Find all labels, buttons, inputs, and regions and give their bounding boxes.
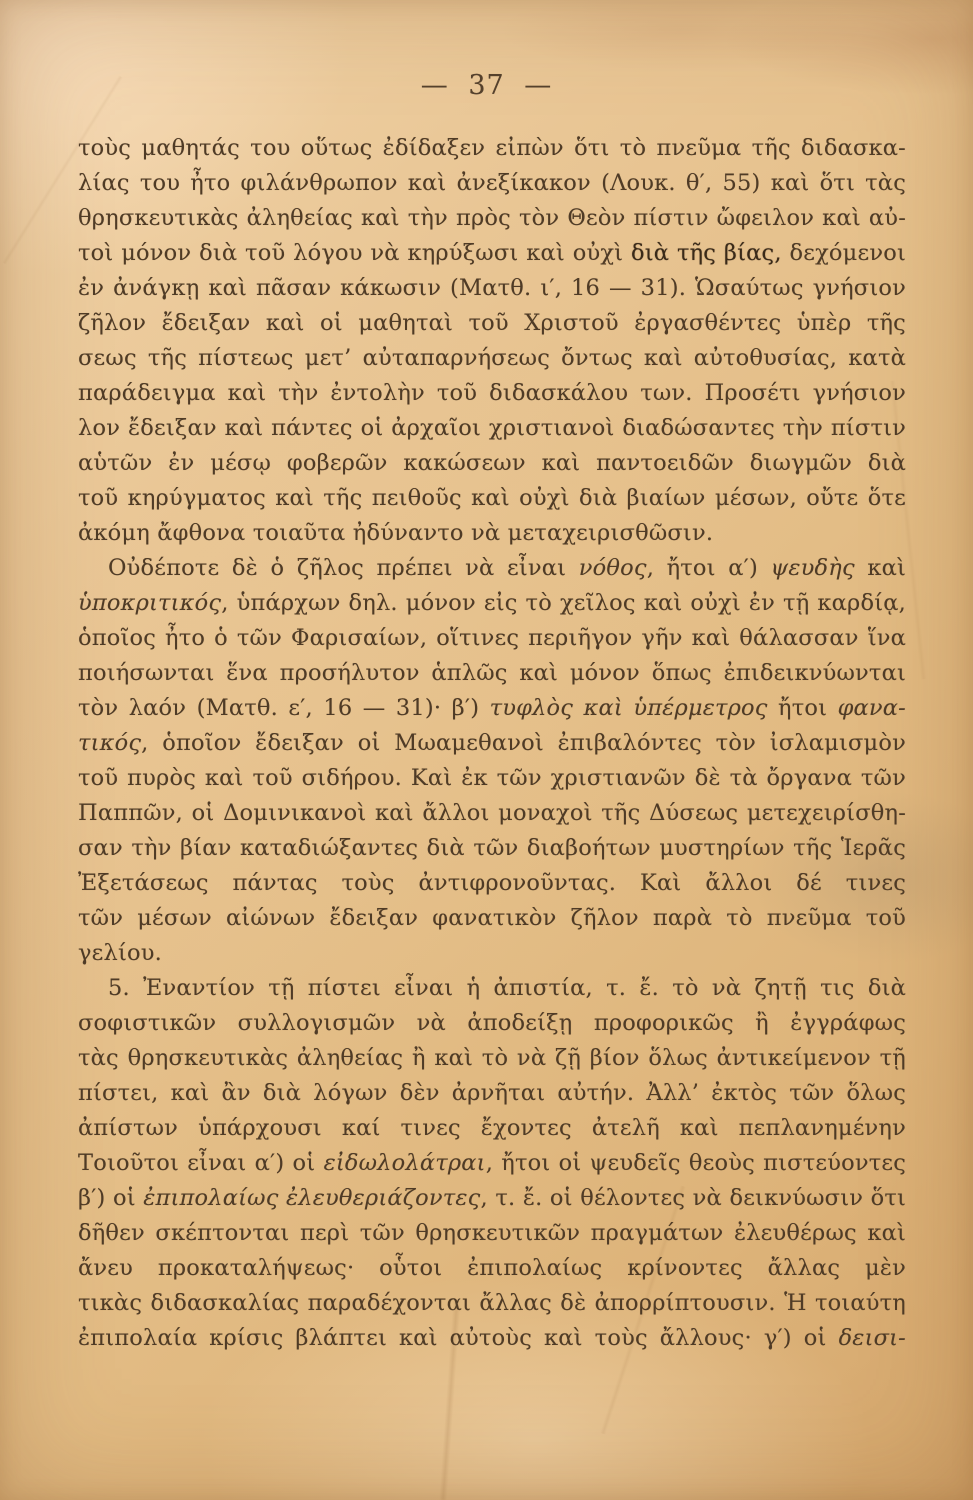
text-line: σεως τῆς πίστεως μετ’ αὐταπαρνήσεως ὄντω… [78,341,906,376]
text-line: ἀκόμη ἄφθονα τοιαῦτα ἠδύναντο νὰ μεταχει… [78,516,906,551]
text-line: τοῦ πυρὸς καὶ τοῦ σιδήρου. Καὶ ἐκ τῶν χρ… [78,761,906,796]
text-line: Ἐξετάσεως πάντας τοὺς ἀντιφρονοῦντας. Κα… [78,866,906,901]
text-segment: τὰς θρησκευτικὰς ἀληθείας ἢ καὶ τὸ νὰ ζῇ… [78,1045,906,1071]
text-segment: σεως τῆς πίστεως μετ’ αὐταπαρνήσεως ὄντω… [78,345,906,376]
emphasized-text: τυφλὸς καὶ ὑπέρμετρος [490,695,768,721]
text-line: σοφιστικῶν συλλογισμῶν νὰ ἀποδείξῃ προφο… [78,1006,906,1041]
text-line: τοὶ μόνον διὰ τοῦ λόγου νὰ κηρύξωσι καὶ … [78,236,906,271]
text-segment: τοὶ μόνον διὰ τοῦ λόγου νὰ κηρύξωσι καὶ … [78,240,631,266]
text-segment: 5. Ἐναντίον τῇ πίστει εἶναι ἡ ἀπιστία, τ… [108,975,906,1001]
text-segment: γελίου. [78,940,162,966]
emphasized-text: τικός [78,730,141,756]
text-line: Παππῶν, οἱ Δομινικανοὶ καὶ ἄλλοι μοναχοὶ… [78,796,906,831]
emphasized-text: ψευδὴς [771,555,855,581]
text-line: Τοιοῦτοι εἶναι α′) οἱ εἰδωλολάτραι, ἤτοι… [78,1146,906,1181]
text-line: τὰς θρησκευτικὰς ἀληθείας ἢ καὶ τὸ νὰ ζῇ… [78,1041,906,1076]
text-segment: καὶ [855,555,906,581]
text-line: ἄνευ προκαταλήψεως· οὗτοι ἐπιπολαίως κρί… [78,1251,906,1286]
text-segment: Ἐξετάσεως πάντας τοὺς ἀντιφρονοῦντας. Κα… [78,870,906,896]
text-segment: ζῆλον ἔδειξαν καὶ οἱ μαθηταὶ τοῦ Χριστοῦ… [78,310,906,341]
text-segment: διὰ τῆς βίας, [631,240,782,266]
text-line: τικός, ὁποῖον ἔδειξαν οἱ Μωαμεθανοὶ ἐπιβ… [78,726,906,761]
text-segment: τὸν λαόν (Ματθ. ε′, 16 — 31)· β′) [78,695,490,721]
text-segment: θρησκευτικὰς ἀληθείας καὶ τὴν πρὸς τὸν Θ… [78,205,906,231]
text-line: λίας του ἦτο φιλάνθρωπον καὶ ἀνεξίκακον … [78,166,906,201]
text-line: 5. Ἐναντίον τῇ πίστει εἶναι ἡ ἀπιστία, τ… [78,971,906,1006]
page-number: — 37 — [0,70,973,101]
emphasized-text: δεισι- [839,1325,906,1351]
text-segment: ἀπίστων ὑπάρχουσι καί τινες ἔχοντες ἀτελ… [78,1115,906,1146]
text-segment: πίστει, καὶ ἂν διὰ λόγων δὲν ἀρνῆται αὐτ… [78,1080,906,1106]
text-segment: , ὑπάρχων δηλ. μόνον εἰς τὸ χεῖλος καὶ ο… [221,590,906,616]
text-segment: , ἤτοι οἱ ψευδεῖς θεοὺς πιστεύοντες [486,1150,906,1176]
text-line: τοῦ κηρύγματος καὶ τῆς πειθοῦς καὶ οὐχὶ … [78,481,906,516]
text-line: τὸν λαόν (Ματθ. ε′, 16 — 31)· β′) τυφλὸς… [78,691,906,726]
text-segment: τοῦ κηρύγματος καὶ τῆς πειθοῦς καὶ οὐχὶ … [78,485,906,511]
text-segment: ἐπιπολαία κρίσις βλάπτει καὶ αὐτοὺς καὶ … [78,1325,839,1351]
text-line: ἐπιπολαία κρίσις βλάπτει καὶ αὐτοὺς καὶ … [78,1321,906,1356]
text-segment: ἄνευ προκαταλήψεως· οὗτοι ἐπιπολαίως κρί… [78,1255,906,1286]
emphasized-text: ἐπιπολαίως ἐλευθεριάζοντες [143,1185,480,1211]
text-segment: , ἤτοι α′) [647,555,771,581]
text-line: λον ἔδειξαν καὶ πάντες οἱ ἀρχαῖοι χριστι… [78,411,906,446]
text-segment: τοῦ πυρὸς καὶ τοῦ σιδήρου. Καὶ ἐκ τῶν χρ… [78,765,906,791]
text-line: ποιήσωνται ἕνα προσήλυτον ἁπλῶς καὶ μόνο… [78,656,906,691]
page-text: τοὺς μαθητάς του οὕτως ἐδίδαξεν εἰπὼν ὅτ… [78,131,906,1356]
text-line: πίστει, καὶ ἂν διὰ λόγων δὲν ἀρνῆται αὐτ… [78,1076,906,1111]
text-segment: αὑτῶν ἐν μέσῳ φοβερῶν κακώσεων καὶ παντο… [78,450,906,481]
emphasized-text: φανα- [838,695,906,721]
text-segment: σοφιστικῶν συλλογισμῶν νὰ ἀποδείξῃ προφο… [78,1010,906,1041]
text-segment: Οὐδέποτε δὲ ὁ ζῆλος πρέπει νὰ εἶναι [108,555,579,581]
text-segment: Παππῶν, οἱ Δομινικανοὶ καὶ ἄλλοι μοναχοὶ… [78,800,906,826]
text-line: ζῆλον ἔδειξαν καὶ οἱ μαθηταὶ τοῦ Χριστοῦ… [78,306,906,341]
text-line: αὑτῶν ἐν μέσῳ φοβερῶν κακώσεων καὶ παντο… [78,446,906,481]
text-segment: τῶν μέσων αἰώνων ἔδειξαν φανατικὸν ζῆλον… [78,905,906,936]
emphasized-text: εἰδωλολάτραι [324,1150,486,1176]
text-line: τῶν μέσων αἰώνων ἔδειξαν φανατικὸν ζῆλον… [78,901,906,936]
text-line: τοὺς μαθητάς του οὕτως ἐδίδαξεν εἰπὼν ὅτ… [78,131,906,166]
scanned-book-page: { "page": { "number": "— 37 —" }, "color… [0,0,973,1500]
text-line: θρησκευτικὰς ἀληθείας καὶ τὴν πρὸς τὸν Θ… [78,201,906,236]
text-segment: παράδειγμα καὶ τὴν ἐντολὴν τοῦ διδασκάλο… [78,380,906,411]
text-line: ἐν ἀνάγκῃ καὶ πᾶσαν κάκωσιν (Ματθ. ι′, 1… [78,271,906,306]
text-segment: ἀκόμη ἄφθονα τοιαῦτα ἠδύναντο νὰ μεταχει… [78,520,713,546]
text-segment: Τοιοῦτοι εἶναι α′) οἱ [78,1150,324,1176]
text-segment: ἐν ἀνάγκῃ καὶ πᾶσαν κάκωσιν (Ματθ. ι′, 1… [78,275,906,301]
text-segment: ποιήσωνται ἕνα προσήλυτον ἁπλῶς καὶ μόνο… [78,660,906,691]
text-line: τικὰς διδασκαλίας παραδέχονται ἄλλας δὲ … [78,1286,906,1321]
text-segment: δῆθεν σκέπτονται περὶ τῶν θρησκευτικῶν π… [78,1220,906,1246]
text-line: ὑποκριτικός, ὑπάρχων δηλ. μόνον εἰς τὸ χ… [78,586,906,621]
text-line: ὁποῖος ἦτο ὁ τῶν Φαρισαίων, οἵτινες περι… [78,621,906,656]
text-segment: , τ. ἔ. οἱ θέλοντες νὰ δεικνύωσιν ὅτι [480,1185,906,1211]
text-line: παράδειγμα καὶ τὴν ἐντολὴν τοῦ διδασκάλο… [78,376,906,411]
emphasized-text: ὑποκριτικός [78,590,221,616]
text-line: δῆθεν σκέπτονται περὶ τῶν θρησκευτικῶν π… [78,1216,906,1251]
text-line: γελίου. [78,936,906,971]
text-line: σαν τὴν βίαν καταδιώξαντες διὰ τῶν διαβο… [78,831,906,866]
text-segment: λον ἔδειξαν καὶ πάντες οἱ ἀρχαῖοι χριστι… [78,415,906,441]
text-segment: δεχόμενοι [782,240,906,266]
text-segment: ἤτοι [768,695,838,721]
text-segment: ὁποῖος ἦτο ὁ τῶν Φαρισαίων, οἵτινες περι… [78,625,906,651]
text-segment: τικὰς διδασκαλίας παραδέχονται ἄλλας δὲ … [78,1290,906,1316]
text-segment: λίας του ἦτο φιλάνθρωπον καὶ ἀνεξίκακον … [78,170,906,196]
text-line: β′) οἱ ἐπιπολαίως ἐλευθεριάζοντες, τ. ἔ.… [78,1181,906,1216]
emphasized-text: νόθος [579,555,647,581]
text-segment: τοὺς μαθητάς του οὕτως ἐδίδαξεν εἰπὼν ὅτ… [78,135,906,161]
text-segment: β′) οἱ [78,1185,143,1211]
text-segment: , ὁποῖον ἔδειξαν οἱ Μωαμεθανοὶ ἐπιβαλόντ… [78,730,906,761]
text-line: ἀπίστων ὑπάρχουσι καί τινες ἔχοντες ἀτελ… [78,1111,906,1146]
text-segment: σαν τὴν βίαν καταδιώξαντες διὰ τῶν διαβο… [78,835,906,861]
text-line: Οὐδέποτε δὲ ὁ ζῆλος πρέπει νὰ εἶναι νόθο… [78,551,906,586]
